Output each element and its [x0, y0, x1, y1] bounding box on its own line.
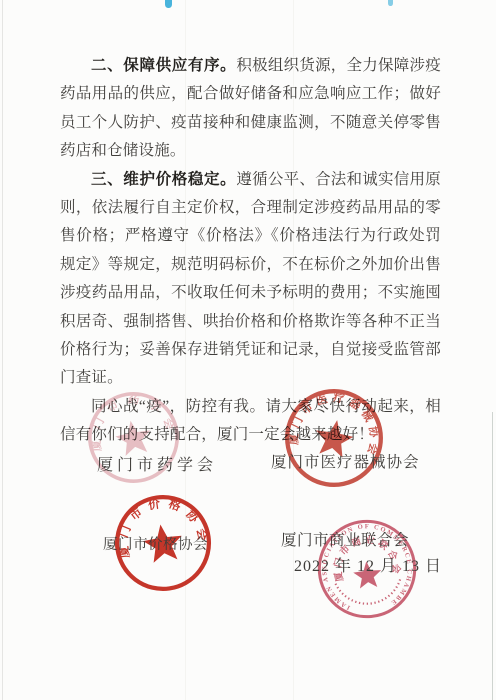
paragraph-price-stability: 三、维护价格稳定。遵循公平、合法和诚实信用原则，依法履行自主定价权，合理制定涉疫…	[60, 166, 441, 393]
paragraph-price-heading: 三、维护价格稳定。	[91, 171, 236, 188]
scan-edge-line-right	[492, 412, 493, 700]
signature-org-pharmaceutical: 厦门市药学会	[97, 452, 217, 475]
scan-blue-speck	[165, 0, 172, 8]
paragraph-supply-heading: 二、保障供应有序。	[91, 57, 236, 74]
signature-org-medical-device: 厦门市医疗器械协会	[271, 450, 420, 472]
signature-org-price: 厦门市价格协会	[103, 533, 208, 554]
signature-org-commerce: 厦门市商业联合会	[281, 528, 409, 550]
scan-edge-line-left	[2, 0, 3, 700]
seal-xiamen-medical-device-association: 厦门市医疗器械协会	[282, 386, 386, 490]
scan-blue-speck	[388, 0, 393, 6]
paragraph-supply-guarantee: 二、保障供应有序。积极组织货源，全力保障涉疫药品用品的供应，配合做好储备和应急响…	[60, 52, 441, 166]
scanned-document-page: 二、保障供应有序。积极组织货源，全力保障涉疫药品用品的供应，配合做好储备和应急响…	[0, 0, 496, 700]
paragraph-price-text: 遵循公平、合法和诚实信用原则，依法履行自主定价权，合理制定涉疫药品用品的零售价格…	[60, 171, 441, 387]
signature-date: 2022 年 12 月 13 日	[294, 553, 442, 576]
